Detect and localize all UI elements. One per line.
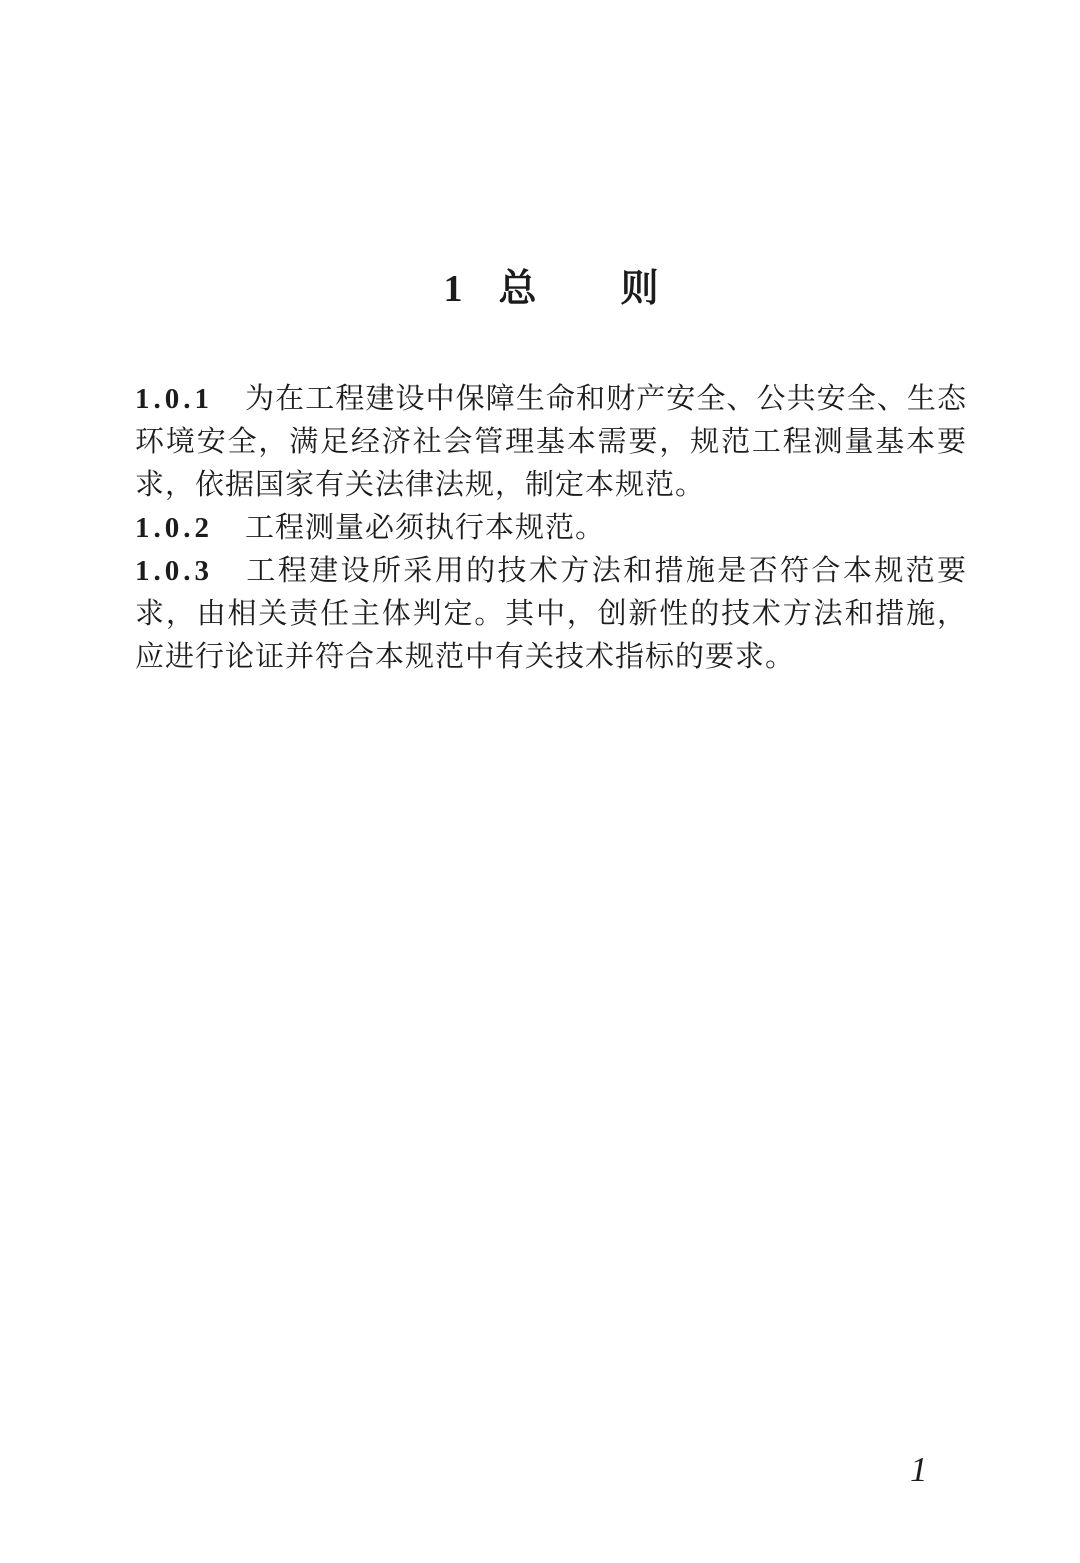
clause-number: 1.0.2: [135, 512, 213, 544]
chapter-number: 1: [443, 268, 462, 310]
clause-text: 工程建设所采用的技术方法和措施是否符合本规范要求，由相关责任主体判定。其中，创新…: [135, 555, 967, 673]
clause-1-0-3: 1.0.3工程建设所采用的技术方法和措施是否符合本规范要求，由相关责任主体判定。…: [135, 550, 967, 679]
clause-1-0-1: 1.0.1为在工程建设中保障生命和财产安全、公共安全、生态环境安全，满足经济社会…: [135, 378, 967, 507]
chapter-title: 1总则: [135, 0, 967, 310]
clause-text: 为在工程建设中保障生命和财产安全、公共安全、生态环境安全，满足经济社会管理基本需…: [135, 383, 967, 501]
chapter-title-word-part-2: 则: [621, 268, 659, 310]
clause-text: 工程测量必须执行本规范。: [245, 512, 605, 544]
clause-1-0-2: 1.0.2工程测量必须执行本规范。: [135, 507, 967, 550]
page-number: 1: [910, 1450, 928, 1490]
page-content-column: 1总则 1.0.1为在工程建设中保障生命和财产安全、公共安全、生态环境安全，满足…: [135, 0, 967, 679]
clause-number: 1.0.1: [135, 383, 213, 415]
clause-list: 1.0.1为在工程建设中保障生命和财产安全、公共安全、生态环境安全，满足经济社会…: [135, 378, 967, 679]
chapter-title-word-part-1: 总: [498, 268, 536, 310]
clause-number: 1.0.3: [135, 555, 213, 587]
document-page: 1总则 1.0.1为在工程建设中保障生命和财产安全、公共安全、生态环境安全，满足…: [0, 0, 1080, 1563]
